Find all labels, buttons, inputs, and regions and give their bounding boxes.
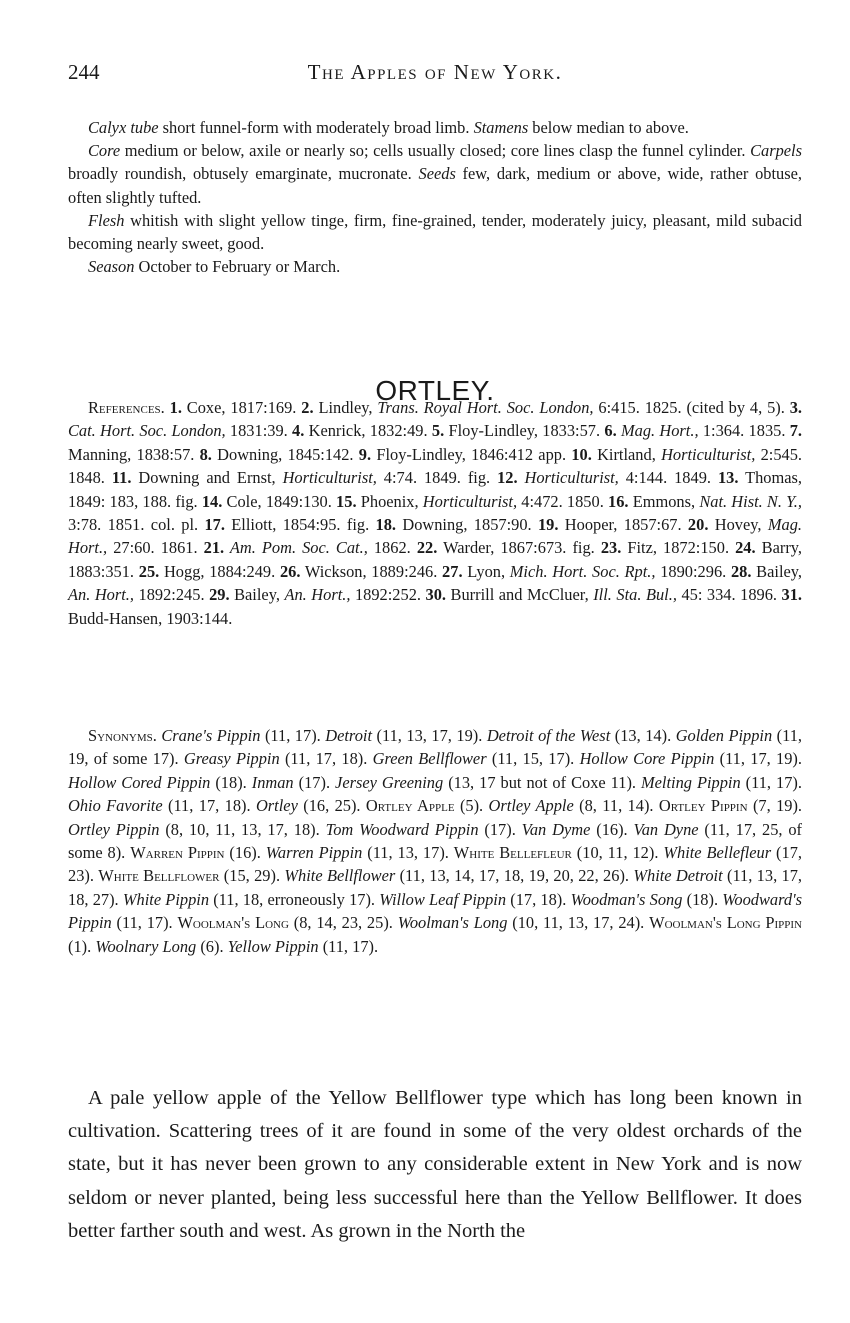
synonym-name: White Bellefleur — [663, 843, 771, 862]
reference-number: 30. — [426, 585, 447, 604]
synonym-name: White Detroit — [633, 866, 722, 885]
season-paragraph: Season October to February or March. — [68, 255, 802, 278]
references-paragraph: References. 1. Coxe, 1817:169. 2. Lindle… — [68, 396, 802, 630]
reference-publication: Cat. Hort. Soc. London, — [68, 421, 226, 440]
synonym-name: Detroit of the West — [487, 726, 610, 745]
synonym-item: Yellow Pippin (11, 17). — [228, 937, 378, 956]
synonym-name: Ortley Pippin — [659, 796, 748, 815]
synonym-name: Tom Woodward Pippin — [326, 820, 479, 839]
reference-number: 7. — [790, 421, 802, 440]
reference-number: 11. — [112, 468, 132, 487]
synonym-name: Warren Pippin — [266, 843, 363, 862]
reference-item: 26. Wickson, 1889:246. — [280, 562, 442, 581]
reference-item: 18. Downing, 1857:90. — [376, 515, 538, 534]
stamens-label: Stamens — [474, 118, 529, 137]
synonym-name: Crane's Pippin — [161, 726, 260, 745]
synonym-name: White Pippin — [123, 890, 209, 909]
reference-number: 1. — [170, 398, 182, 417]
synonym-item: Green Bellflower (11, 15, 17). — [373, 749, 580, 768]
synonym-item: Melting Pippin (11, 17). — [641, 773, 802, 792]
reference-item: 1. Coxe, 1817:169. — [170, 398, 302, 417]
synonyms-paragraph: Synonyms. Crane's Pippin (11, 17). Detro… — [68, 724, 802, 958]
synonym-name: Warren Pippin — [130, 843, 224, 862]
reference-number: 12. — [497, 468, 518, 487]
season-label: Season — [88, 257, 134, 276]
synonym-name: Ortley Apple — [489, 796, 574, 815]
reference-number: 23. — [601, 538, 622, 557]
book-page: 244 The Apples of New York. Calyx tube s… — [0, 0, 850, 1323]
synonym-name: Greasy Pippin — [184, 749, 280, 768]
synonym-name: Hollow Cored Pippin — [68, 773, 210, 792]
synonym-item: White Pippin (11, 18, erroneously 17). — [123, 890, 379, 909]
synonym-name: Ortley — [256, 796, 298, 815]
synonym-name: Jersey Greening — [335, 773, 443, 792]
stamens-text: below median to above. — [528, 118, 689, 137]
reference-number: 3. — [790, 398, 802, 417]
reference-number: 5. — [432, 421, 444, 440]
carpels-text: broadly roundish, obtusely emarginate, m… — [68, 164, 419, 183]
calyx-paragraph: Calyx tube short funnel-form with modera… — [68, 116, 802, 139]
synonym-name: Van Dyme — [522, 820, 591, 839]
reference-number: 18. — [376, 515, 397, 534]
synonym-item: Jersey Greening (13, 17 but not of Coxe … — [335, 773, 641, 792]
reference-number: 27. — [442, 562, 463, 581]
reference-publication: Ill. Sta. Bul., — [593, 585, 677, 604]
running-title: The Apples of New York. — [68, 60, 802, 85]
reference-item: 4. Kenrick, 1832:49. — [292, 421, 432, 440]
synonym-item: Hollow Cored Pippin (18). — [68, 773, 252, 792]
reference-item: 14. Cole, 1849:130. — [202, 492, 336, 511]
fruit-description: Calyx tube short funnel-form with modera… — [68, 116, 802, 278]
synonym-item: Ohio Favorite (11, 17, 18). — [68, 796, 256, 815]
synonyms-label: Synonyms. — [88, 726, 157, 745]
synonym-item: Detroit of the West (13, 14). — [487, 726, 676, 745]
reference-number: 6. — [604, 421, 616, 440]
reference-item: 5. Floy-Lindley, 1833:57. — [432, 421, 605, 440]
reference-number: 8. — [200, 445, 212, 464]
reference-item: 17. Elliott, 1854:95. fig. — [204, 515, 375, 534]
synonym-name: Woolman's Long — [398, 913, 508, 932]
synonym-name: Hollow Core Pippin — [580, 749, 715, 768]
reference-number: 13. — [718, 468, 739, 487]
reference-number: 17. — [204, 515, 225, 534]
reference-number: 15. — [336, 492, 357, 511]
reference-item: 12. Horticulturist, 4:144. 1849. — [497, 468, 718, 487]
reference-item: 19. Hooper, 1857:67. — [538, 515, 688, 534]
reference-number: 25. — [139, 562, 160, 581]
reference-publication: An. Hort., — [68, 585, 134, 604]
reference-number: 24. — [735, 538, 756, 557]
reference-publication: Horticulturist, — [423, 492, 517, 511]
synonym-name: White Bellefleur — [454, 843, 572, 862]
carpels-label: Carpels — [750, 141, 802, 160]
synonym-item: Ortley (16, 25). — [256, 796, 366, 815]
core-label: Core — [88, 141, 120, 160]
reference-number: 2. — [301, 398, 313, 417]
reference-number: 20. — [688, 515, 709, 534]
core-text: medium or below, axile or nearly so; cel… — [120, 141, 750, 160]
synonym-name: Melting Pippin — [641, 773, 741, 792]
reference-number: 22. — [417, 538, 438, 557]
calyx-label: Calyx tube — [88, 118, 159, 137]
reference-number: 19. — [538, 515, 559, 534]
body-text-section: A pale yellow apple of the Yellow Bellfl… — [68, 1082, 802, 1248]
reference-number: 21. — [204, 538, 225, 557]
synonym-name: White Bellflower — [98, 866, 219, 885]
reference-number: 26. — [280, 562, 301, 581]
reference-number: 4. — [292, 421, 304, 440]
synonym-name: Woolman's Long — [177, 913, 288, 932]
reference-item: 30. Burrill and McCluer, Ill. Sta. Bul.,… — [426, 585, 782, 604]
synonym-item: Ortley Apple (8, 11, 14). — [489, 796, 659, 815]
reference-number: 10. — [571, 445, 592, 464]
synonym-item: Inman (17). — [252, 773, 335, 792]
synonym-item: Greasy Pippin (11, 17, 18). — [184, 749, 373, 768]
synonym-item: Tom Woodward Pippin (17). — [326, 820, 522, 839]
synonym-item: White Bellflower (11, 13, 14, 17, 18, 19… — [284, 866, 633, 885]
reference-item: 2. Lindley, Trans. Royal Hort. Soc. Lond… — [301, 398, 789, 417]
synonym-item: Van Dyme (16). — [522, 820, 634, 839]
synonym-item: Detroit (11, 13, 17, 19). — [325, 726, 487, 745]
synonym-name: Golden Pippin — [676, 726, 772, 745]
reference-publication: Horticulturist, — [661, 445, 755, 464]
synonym-item: Crane's Pippin (11, 17). — [161, 726, 325, 745]
reference-number: 9. — [359, 445, 371, 464]
reference-publication: Horticulturist, — [283, 468, 377, 487]
synonym-name: Van Dyne — [634, 820, 699, 839]
reference-item: 29. Bailey, An. Hort., 1892:252. — [209, 585, 425, 604]
reference-item: 23. Fitz, 1872:150. — [601, 538, 735, 557]
reference-number: 28. — [731, 562, 752, 581]
flesh-paragraph: Flesh whitish with slight yellow tinge, … — [68, 209, 802, 255]
synonyms-section: Synonyms. Crane's Pippin (11, 17). Detro… — [68, 724, 802, 958]
synonym-item: Ortley Pippin (8, 10, 11, 13, 17, 18). — [68, 820, 326, 839]
reference-publication: Trans. Royal Hort. Soc. London, — [377, 398, 593, 417]
synonym-item: Woolman's Long (8, 14, 23, 25). — [177, 913, 397, 932]
synonym-item: Hollow Core Pippin (11, 17, 19). — [580, 749, 802, 768]
synonym-name: Woodman's Song — [571, 890, 683, 909]
synonym-name: Inman — [252, 773, 294, 792]
core-paragraph: Core medium or below, axile or nearly so… — [68, 139, 802, 209]
body-paragraph: A pale yellow apple of the Yellow Bellfl… — [68, 1082, 802, 1248]
synonym-item: Ortley Apple (5). — [366, 796, 489, 815]
synonym-item: Woodman's Song (18). — [571, 890, 723, 909]
reference-item: 8. Downing, 1845:142. — [200, 445, 359, 464]
season-text: October to February or March. — [134, 257, 340, 276]
reference-item: 25. Hogg, 1884:249. — [139, 562, 280, 581]
seeds-label: Seeds — [419, 164, 456, 183]
synonym-item: Willow Leaf Pippin (17, 18). — [379, 890, 570, 909]
synonym-name: Ohio Favorite — [68, 796, 163, 815]
reference-item: 21. Am. Pom. Soc. Cat., 1862. — [204, 538, 417, 557]
synonym-name: Ortley Pippin — [68, 820, 159, 839]
synonym-item: Woolman's Long (10, 11, 13, 17, 24). — [398, 913, 649, 932]
references-label: References. — [88, 398, 165, 417]
synonym-item: White Bellflower (15, 29). — [98, 866, 284, 885]
synonym-name: Green Bellflower — [373, 749, 487, 768]
reference-publication: Am. Pom. Soc. Cat., — [224, 538, 368, 557]
reference-publication: Mag. Hort., — [617, 421, 699, 440]
reference-publication: Horticulturist, — [518, 468, 619, 487]
reference-item: 6. Mag. Hort., 1:364. 1835. — [604, 421, 789, 440]
synonym-name: Ortley Apple — [366, 796, 455, 815]
flesh-label: Flesh — [88, 211, 124, 230]
reference-item: 27. Lyon, Mich. Hort. Soc. Rpt., 1890:29… — [442, 562, 731, 581]
reference-publication: An. Hort., — [284, 585, 350, 604]
synonym-name: Woolman's Long Pippin — [649, 913, 802, 932]
synonym-name: Willow Leaf Pippin — [379, 890, 506, 909]
synonym-item: Ortley Pippin (7, 19). — [659, 796, 802, 815]
reference-item: 9. Floy-Lindley, 1846:412 app. — [359, 445, 572, 464]
reference-number: 16. — [608, 492, 629, 511]
references-section: References. 1. Coxe, 1817:169. 2. Lindle… — [68, 396, 802, 630]
reference-item: 11. Downing and Ernst, Horticulturist, 4… — [112, 468, 497, 487]
reference-number: 31. — [782, 585, 803, 604]
calyx-text: short funnel-form with moderately broad … — [159, 118, 474, 137]
synonym-name: White Bellflower — [284, 866, 395, 885]
reference-publication: Mich. Hort. Soc. Rpt., — [510, 562, 656, 581]
synonym-name: Yellow Pippin — [228, 937, 319, 956]
reference-publication: Nat. Hist. N. Y., — [699, 492, 802, 511]
running-head: 244 The Apples of New York. — [68, 60, 802, 90]
synonym-item: Warren Pippin (11, 13, 17). — [266, 843, 454, 862]
synonym-item: White Bellefleur (10, 11, 12). — [454, 843, 664, 862]
reference-number: 14. — [202, 492, 223, 511]
reference-item: 15. Phoenix, Horticulturist, 4:472. 1850… — [336, 492, 608, 511]
synonym-item: Woolnary Long (6). — [95, 937, 227, 956]
reference-number: 29. — [209, 585, 230, 604]
synonym-item: Warren Pippin (16). — [130, 843, 266, 862]
reference-item: 22. Warder, 1867:673. fig. — [417, 538, 601, 557]
synonym-name: Detroit — [325, 726, 372, 745]
flesh-text: whitish with slight yellow tinge, firm, … — [68, 211, 802, 253]
synonym-name: Woolnary Long — [95, 937, 196, 956]
